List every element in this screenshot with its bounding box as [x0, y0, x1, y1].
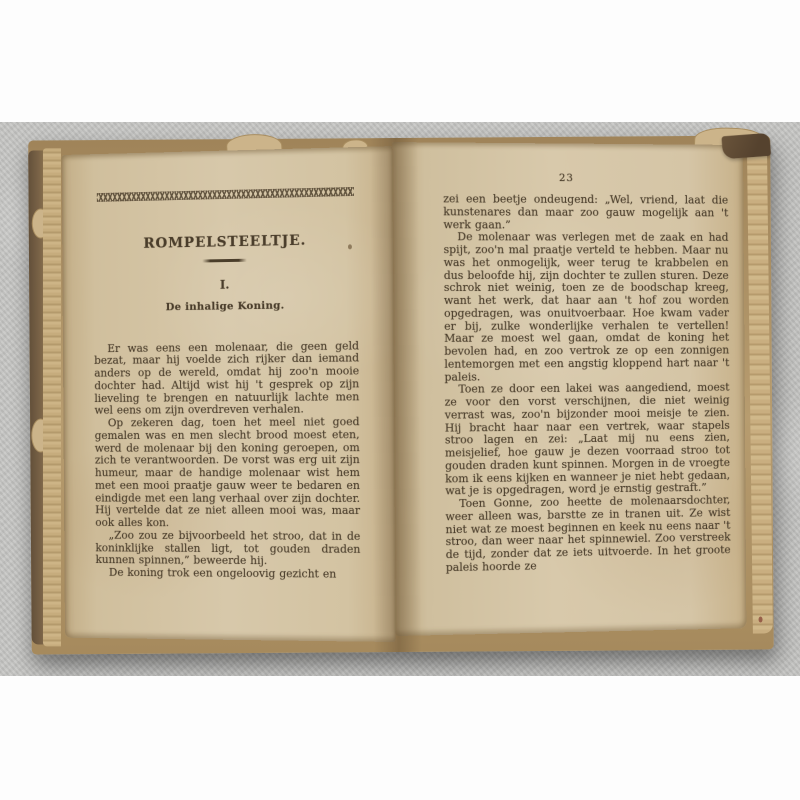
paragraph: Er was eens een molenaar, die geen geld …: [94, 340, 359, 418]
paragraph: zei een beetje ondeugend: „Wel, vriend, …: [443, 193, 728, 232]
foxing-speck: [348, 244, 352, 249]
screenshot-canvas: ROMPELSTEELTJE. I. De inhalige Koning. E…: [0, 0, 800, 800]
braided-rule-ornament: [97, 187, 354, 202]
chapter-heading: De inhalige Koning.: [94, 300, 359, 314]
paragraph: De koning trok een ongeloovig gezicht en: [96, 567, 361, 582]
paragraph: De molenaar was verlegen met de zaak en …: [443, 231, 729, 384]
right-page-content: 23 zei een beetje ondeugend: „Wel, vrien…: [392, 142, 746, 636]
foxing-speck: [759, 616, 763, 622]
paragraph: Op zekeren dag, toen het meel niet goed …: [95, 416, 361, 530]
page-edge-stack-left: [43, 148, 61, 646]
paragraph: Toen Gonne, zoo heette de molenaarsdocht…: [445, 494, 730, 574]
left-page-text: Er was eens een molenaar, die geen geld …: [94, 340, 361, 582]
book-title: ROMPELSTEELTJE.: [93, 233, 358, 252]
book: ROMPELSTEELTJE. I. De inhalige Koning. E…: [0, 122, 800, 676]
photo-of-book: ROMPELSTEELTJE. I. De inhalige Koning. E…: [0, 122, 800, 676]
paragraph: Toen ze door een lakei was aangediend, m…: [445, 382, 731, 498]
left-page-content: ROMPELSTEELTJE. I. De inhalige Koning. E…: [62, 146, 396, 642]
right-page: 23 zei een beetje ondeugend: „Wel, vrien…: [392, 142, 746, 636]
chapter-number: I.: [94, 277, 359, 293]
folded-corner: [721, 133, 771, 160]
left-page: ROMPELSTEELTJE. I. De inhalige Koning. E…: [62, 146, 396, 642]
page-number: 23: [422, 172, 708, 185]
paragraph: „Zoo zou ze bijvoorbeeld het stroo, dat …: [95, 530, 360, 569]
right-page-text: zei een beetje ondeugend: „Wel, vriend, …: [443, 193, 730, 574]
title-rule: [202, 259, 246, 263]
